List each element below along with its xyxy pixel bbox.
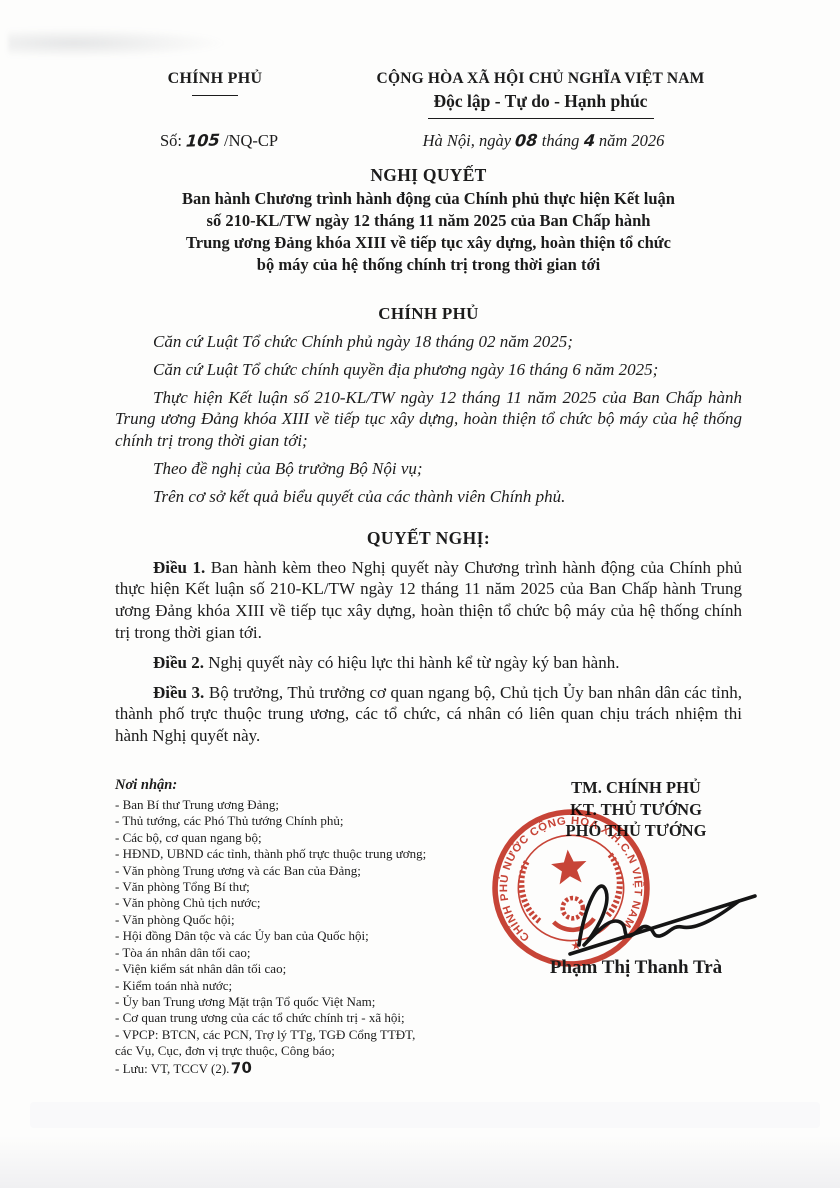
preamble-paragraph: Theo đề nghị của Bộ trưởng Bộ Nội vụ; <box>115 458 742 480</box>
recipient-line: - Văn phòng Quốc hội; <box>115 912 495 928</box>
recipient-line-last: - Lưu: VT, TCCV (2).70 <box>115 1060 495 1077</box>
handwritten-signature <box>563 857 768 959</box>
recipient-line: các Vụ, Cục, đơn vị trực thuộc, Công báo… <box>115 1043 495 1059</box>
title-line: Trung ương Đảng khóa XIII về tiếp tục xâ… <box>115 232 742 254</box>
scan-artifact <box>8 28 228 58</box>
articles: Điều 1. Ban hành kèm theo Nghị quyết này… <box>115 557 742 747</box>
recipient-line: - Các bộ, cơ quan ngang bộ; <box>115 830 495 846</box>
issuer-heading: CHÍNH PHỦ <box>115 304 742 324</box>
article-body: Bộ trưởng, Thủ trưởng cơ quan ngang bộ, … <box>115 683 742 746</box>
recipients-block: Nơi nhận: - Ban Bí thư Trung ương Đảng;-… <box>115 777 495 1077</box>
title-block: NGHỊ QUYẾT Ban hành Chương trình hành độ… <box>115 165 742 276</box>
recipient-line: - Thủ tướng, các Phó Thủ tướng Chính phủ… <box>115 813 495 829</box>
recipient-line: - Ban Bí thư Trung ương Đảng; <box>115 797 495 813</box>
recipients-list: - Ban Bí thư Trung ương Đảng;- Thủ tướng… <box>115 797 495 1060</box>
signature-block: TM. CHÍNH PHỦ KT. THỦ TƯỚNG PHÓ THỦ TƯỚN… <box>460 777 812 842</box>
date-month-handwritten: 4 <box>583 131 596 150</box>
scan-artifact <box>0 1136 840 1188</box>
document-page: CHÍNH PHỦ CỘNG HÒA XÃ HỘI CHỦ NGHĨA VIỆT… <box>0 0 840 1188</box>
recipient-line: - Văn phòng Chủ tịch nước; <box>115 895 495 911</box>
recipient-line: - Văn phòng Trung ương và các Ban của Đả… <box>115 863 495 879</box>
article-body: Ban hành kèm theo Nghị quyết này Chương … <box>115 558 742 642</box>
preamble-paragraph: Căn cứ Luật Tổ chức chính quyền địa phươ… <box>115 359 742 381</box>
scan-artifact <box>30 1102 820 1128</box>
document-number: Số: 105 /NQ-CP <box>115 131 365 151</box>
date-year-label: năm <box>599 131 627 150</box>
recipient-line: - Cơ quan trung ương của các tổ chức chí… <box>115 1010 495 1026</box>
date-month-label: tháng <box>542 131 580 150</box>
handwritten-copy-count: 70 <box>231 1059 253 1076</box>
document-header: CHÍNH PHỦ CỘNG HÒA XÃ HỘI CHỦ NGHĨA VIỆT… <box>115 70 742 119</box>
document-title: Ban hành Chương trình hành động của Chín… <box>115 188 742 276</box>
preamble: Căn cứ Luật Tổ chức Chính phủ ngày 18 th… <box>115 331 742 508</box>
recipient-line: - Văn phòng Tổng Bí thư; <box>115 879 495 895</box>
date-prefix: Hà Nội, ngày <box>423 131 511 150</box>
signer-name: Phạm Thị Thanh Trà <box>460 957 812 979</box>
preamble-paragraph: Trên cơ sở kết quả biểu quyết của các th… <box>115 486 742 508</box>
article-body: Nghị quyết này có hiệu lực thi hành kể t… <box>208 653 619 672</box>
signature-authority-line1: TM. CHÍNH PHỦ <box>460 777 812 799</box>
issuing-org-name: CHÍNH PHỦ <box>115 70 315 88</box>
recipient-line: - Hội đồng Dân tộc và các Ủy ban của Quố… <box>115 928 495 944</box>
national-motto: Độc lập - Tự do - Hạnh phúc <box>339 91 742 112</box>
doc-number-label: Số: <box>160 131 182 150</box>
date-day-handwritten: 08 <box>514 131 538 151</box>
recipient-line: - Tòa án nhân dân tối cao; <box>115 945 495 961</box>
preamble-paragraph: Thực hiện Kết luận số 210-KL/TW ngày 12 … <box>115 387 742 452</box>
recipients-heading: Nơi nhận: <box>115 777 495 794</box>
article-number: Điều 2. <box>153 653 204 672</box>
date-year: 2026 <box>631 131 664 150</box>
recipient-line: - HĐND, UBND các tỉnh, thành phố trực th… <box>115 846 495 862</box>
preamble-paragraph: Căn cứ Luật Tổ chức Chính phủ ngày 18 th… <box>115 331 742 353</box>
issuing-org-block: CHÍNH PHỦ <box>115 70 315 119</box>
article-paragraph: Điều 2. Nghị quyết này có hiệu lực thi h… <box>115 652 742 674</box>
article-paragraph: Điều 3. Bộ trưởng, Thủ trưởng cơ quan ng… <box>115 682 742 747</box>
recipient-line: - Kiểm toán nhà nước; <box>115 978 495 994</box>
national-name: CỘNG HÒA XÃ HỘI CHỦ NGHĨA VIỆT NAM <box>339 70 742 88</box>
reference-row: Số: 105 /NQ-CP Hà Nội, ngày 08 tháng 4 n… <box>115 131 742 151</box>
article-paragraph: Điều 1. Ban hành kèm theo Nghị quyết này… <box>115 557 742 644</box>
document-footer: Nơi nhận: - Ban Bí thư Trung ương Đảng;-… <box>115 777 742 1087</box>
title-line: bộ máy của hệ thống chính trị trong thời… <box>115 254 742 276</box>
title-line: Ban hành Chương trình hành động của Chín… <box>115 188 742 210</box>
title-line: số 210-KL/TW ngày 12 tháng 11 năm 2025 c… <box>115 210 742 232</box>
org-underline <box>192 95 238 96</box>
article-number: Điều 1. <box>153 558 205 577</box>
place-date-line: Hà Nội, ngày 08 tháng 4 năm 2026 <box>365 131 742 151</box>
recipient-line: - Viện kiểm sát nhân dân tối cao; <box>115 961 495 977</box>
motto-underline <box>428 118 654 119</box>
resolve-heading: QUYẾT NGHỊ: <box>115 528 742 549</box>
recipient-line: - Ủy ban Trung ương Mặt trận Tổ quốc Việ… <box>115 994 495 1010</box>
document-type: NGHỊ QUYẾT <box>115 165 742 186</box>
doc-number-handwritten: 105 <box>185 130 220 150</box>
national-motto-block: CỘNG HÒA XÃ HỘI CHỦ NGHĨA VIỆT NAM Độc l… <box>315 70 742 119</box>
article-number: Điều 3. <box>153 683 204 702</box>
recipient-line: - VPCP: BTCN, các PCN, Trợ lý TTg, TGĐ C… <box>115 1027 495 1043</box>
doc-number-suffix: /NQ-CP <box>224 131 278 150</box>
